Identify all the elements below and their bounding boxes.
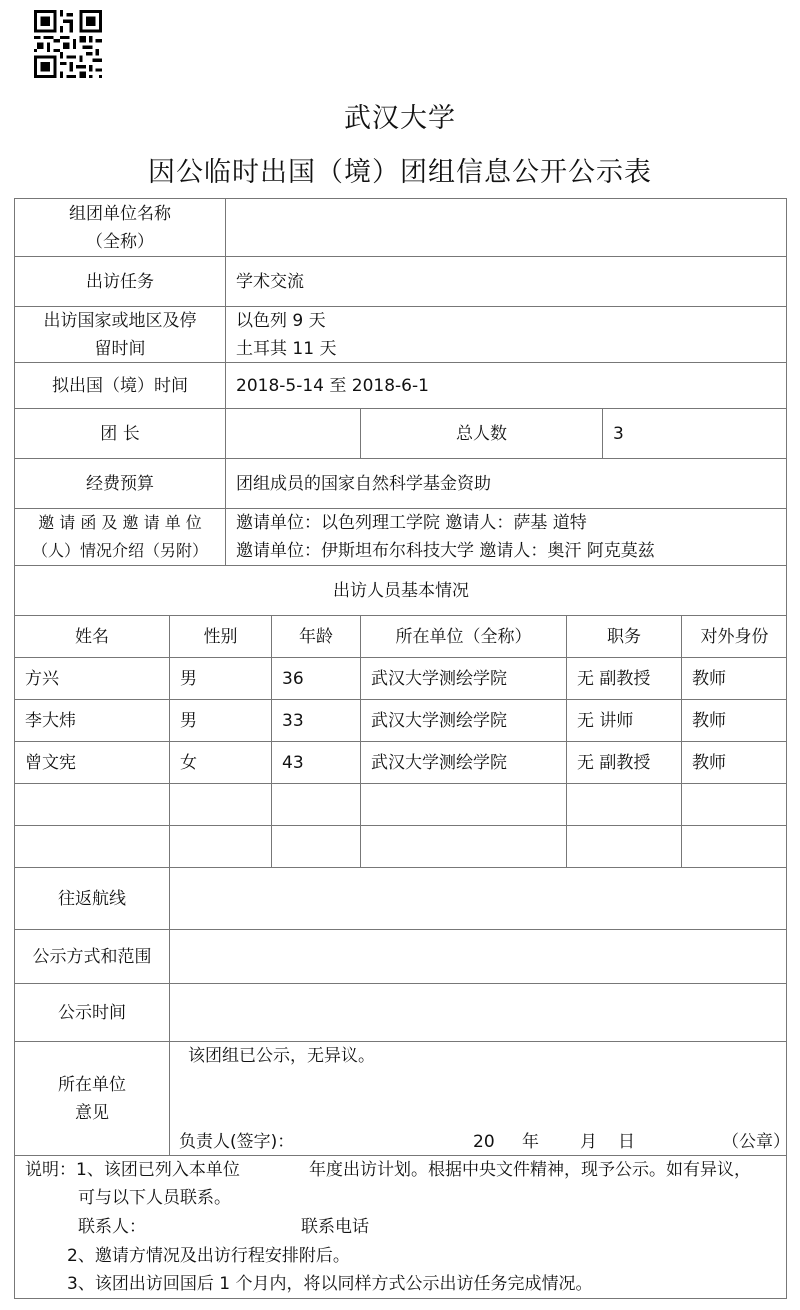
members-section-title: 出访人员基本情况 [14,565,787,615]
year-label: 年 [522,1128,539,1156]
destinations-label-line1: 出访国家或地区及停 [44,307,197,335]
budget-value[interactable]: 团组成员的国家自然科学基金资助 [225,458,787,508]
member-name[interactable]: 李大炜 [14,699,169,741]
invitation-label-line2: （人）情况介绍（另附） [32,537,208,565]
travel-dates-value[interactable]: 2018-5-14 至 2018-6-1 [225,362,787,408]
members-header-age: 年龄 [271,615,360,657]
member-gender[interactable]: 男 [169,699,271,741]
member-age[interactable] [271,783,360,825]
invitation-label: 邀 请 函 及 邀 请 单 位（人）情况介绍（另附） [14,508,225,565]
destination-turkey: 土耳其 11 天 [236,335,336,363]
member-gender[interactable] [169,825,271,867]
contact-label: 联系人： [78,1213,146,1241]
invitation-value[interactable]: 邀请单位：以色列理工学院 邀请人：萨基 道特邀请单位：伊斯坦布尔科技大学 邀请人… [225,508,787,565]
group-unit-label: 组团单位名称（全称） [14,198,225,256]
opinion-statement: 该团组已公示，无异议。 [188,1042,375,1070]
member-identity[interactable] [681,783,787,825]
total-value[interactable]: 3 [602,408,787,458]
destination-israel: 以色列 9 天 [236,307,336,335]
leader-value[interactable] [225,408,360,458]
group-unit-label-line1: 组团单位名称 [69,200,171,228]
qr-code-icon [34,10,102,78]
university-title: 武汉大学 [0,96,800,135]
phone-label: 联系电话 [301,1213,369,1241]
member-age[interactable] [271,825,360,867]
travel-dates-label: 拟出国（境）时间 [14,362,225,408]
year-prefix: 20 [473,1128,495,1156]
invitation-israel: 邀请单位：以色列理工学院 邀请人：萨基 道特 [236,509,655,537]
route-value[interactable] [169,867,787,929]
form-title: 因公临时出国（境）团组信息公开公示表 [0,150,800,189]
member-position[interactable]: 无 副教授 [566,657,681,699]
member-identity[interactable]: 教师 [681,657,787,699]
unit-opinion-box[interactable]: 该团组已公示，无异议。 负责人(签字)： 20 年 月 日 （公章） [169,1041,787,1155]
publicity-time-value[interactable] [169,983,787,1041]
unit-opinion-label-line1: 所在单位 [58,1071,126,1099]
members-header-unit: 所在单位（全称） [360,615,566,657]
member-identity[interactable]: 教师 [681,699,787,741]
member-name[interactable]: 方兴 [14,657,169,699]
mission-value[interactable]: 学术交流 [225,256,787,306]
publicity-method-label: 公示方式和范围 [14,929,169,983]
member-name[interactable] [14,783,169,825]
members-header-position: 职务 [566,615,681,657]
note-item3: 3、该团出访回国后 1 个月内，将以同样方式公示出访任务完成情况。 [67,1270,592,1298]
member-position[interactable] [566,825,681,867]
group-unit-label-line2: （全称） [69,228,171,256]
unit-opinion-label: 所在单位意见 [14,1041,169,1155]
leader-label: 团 长 [14,408,225,458]
members-header-identity: 对外身份 [681,615,787,657]
destinations-value[interactable]: 以色列 9 天土耳其 11 天 [225,306,787,362]
member-age[interactable]: 36 [271,657,360,699]
member-identity[interactable] [681,825,787,867]
member-unit[interactable]: 武汉大学测绘学院 [360,657,566,699]
member-gender[interactable]: 女 [169,741,271,783]
invitation-label-line1: 邀 请 函 及 邀 请 单 位 [32,509,208,537]
member-name[interactable] [14,825,169,867]
member-position[interactable]: 无 讲师 [566,699,681,741]
members-header-name: 姓名 [14,615,169,657]
day-label: 日 [618,1128,635,1156]
seal-label: （公章） [722,1128,790,1156]
budget-label: 经费预算 [14,458,225,508]
destinations-label-line2: 留时间 [44,335,197,363]
member-unit[interactable]: 武汉大学测绘学院 [360,741,566,783]
members-header-gender: 性别 [169,615,271,657]
note-line2: 可与以下人员联系。 [78,1184,231,1212]
member-gender[interactable]: 男 [169,657,271,699]
signer-label: 负责人(签字)： [179,1128,294,1156]
total-label: 总人数 [360,408,602,458]
unit-opinion-label-line2: 意见 [58,1099,126,1127]
group-unit-value[interactable] [225,198,787,256]
member-identity[interactable]: 教师 [681,741,787,783]
publicity-time-label: 公示时间 [14,983,169,1041]
note-item2: 2、邀请方情况及出访行程安排附后。 [67,1242,350,1270]
destinations-label: 出访国家或地区及停留时间 [14,306,225,362]
publicity-method-value[interactable] [169,929,787,983]
member-unit[interactable] [360,783,566,825]
member-name[interactable]: 曾文宪 [14,741,169,783]
member-position[interactable]: 无 副教授 [566,741,681,783]
member-unit[interactable] [360,825,566,867]
notes-box: 说明：1、该团已列入本单位 年度出访计划。根据中央文件精神，现予公示。如有异议，… [14,1155,787,1299]
member-age[interactable]: 43 [271,741,360,783]
month-label: 月 [580,1128,597,1156]
member-position[interactable] [566,783,681,825]
note-line1-a: 说明：1、该团已列入本单位 [25,1156,240,1184]
member-gender[interactable] [169,783,271,825]
mission-label: 出访任务 [14,256,225,306]
member-unit[interactable]: 武汉大学测绘学院 [360,699,566,741]
member-age[interactable]: 33 [271,699,360,741]
note-line1-b: 年度出访计划。根据中央文件精神，现予公示。如有异议， [309,1156,751,1184]
route-label: 往返航线 [14,867,169,929]
invitation-istanbul: 邀请单位：伊斯坦布尔科技大学 邀请人：奥汗 阿克莫兹 [236,537,655,565]
